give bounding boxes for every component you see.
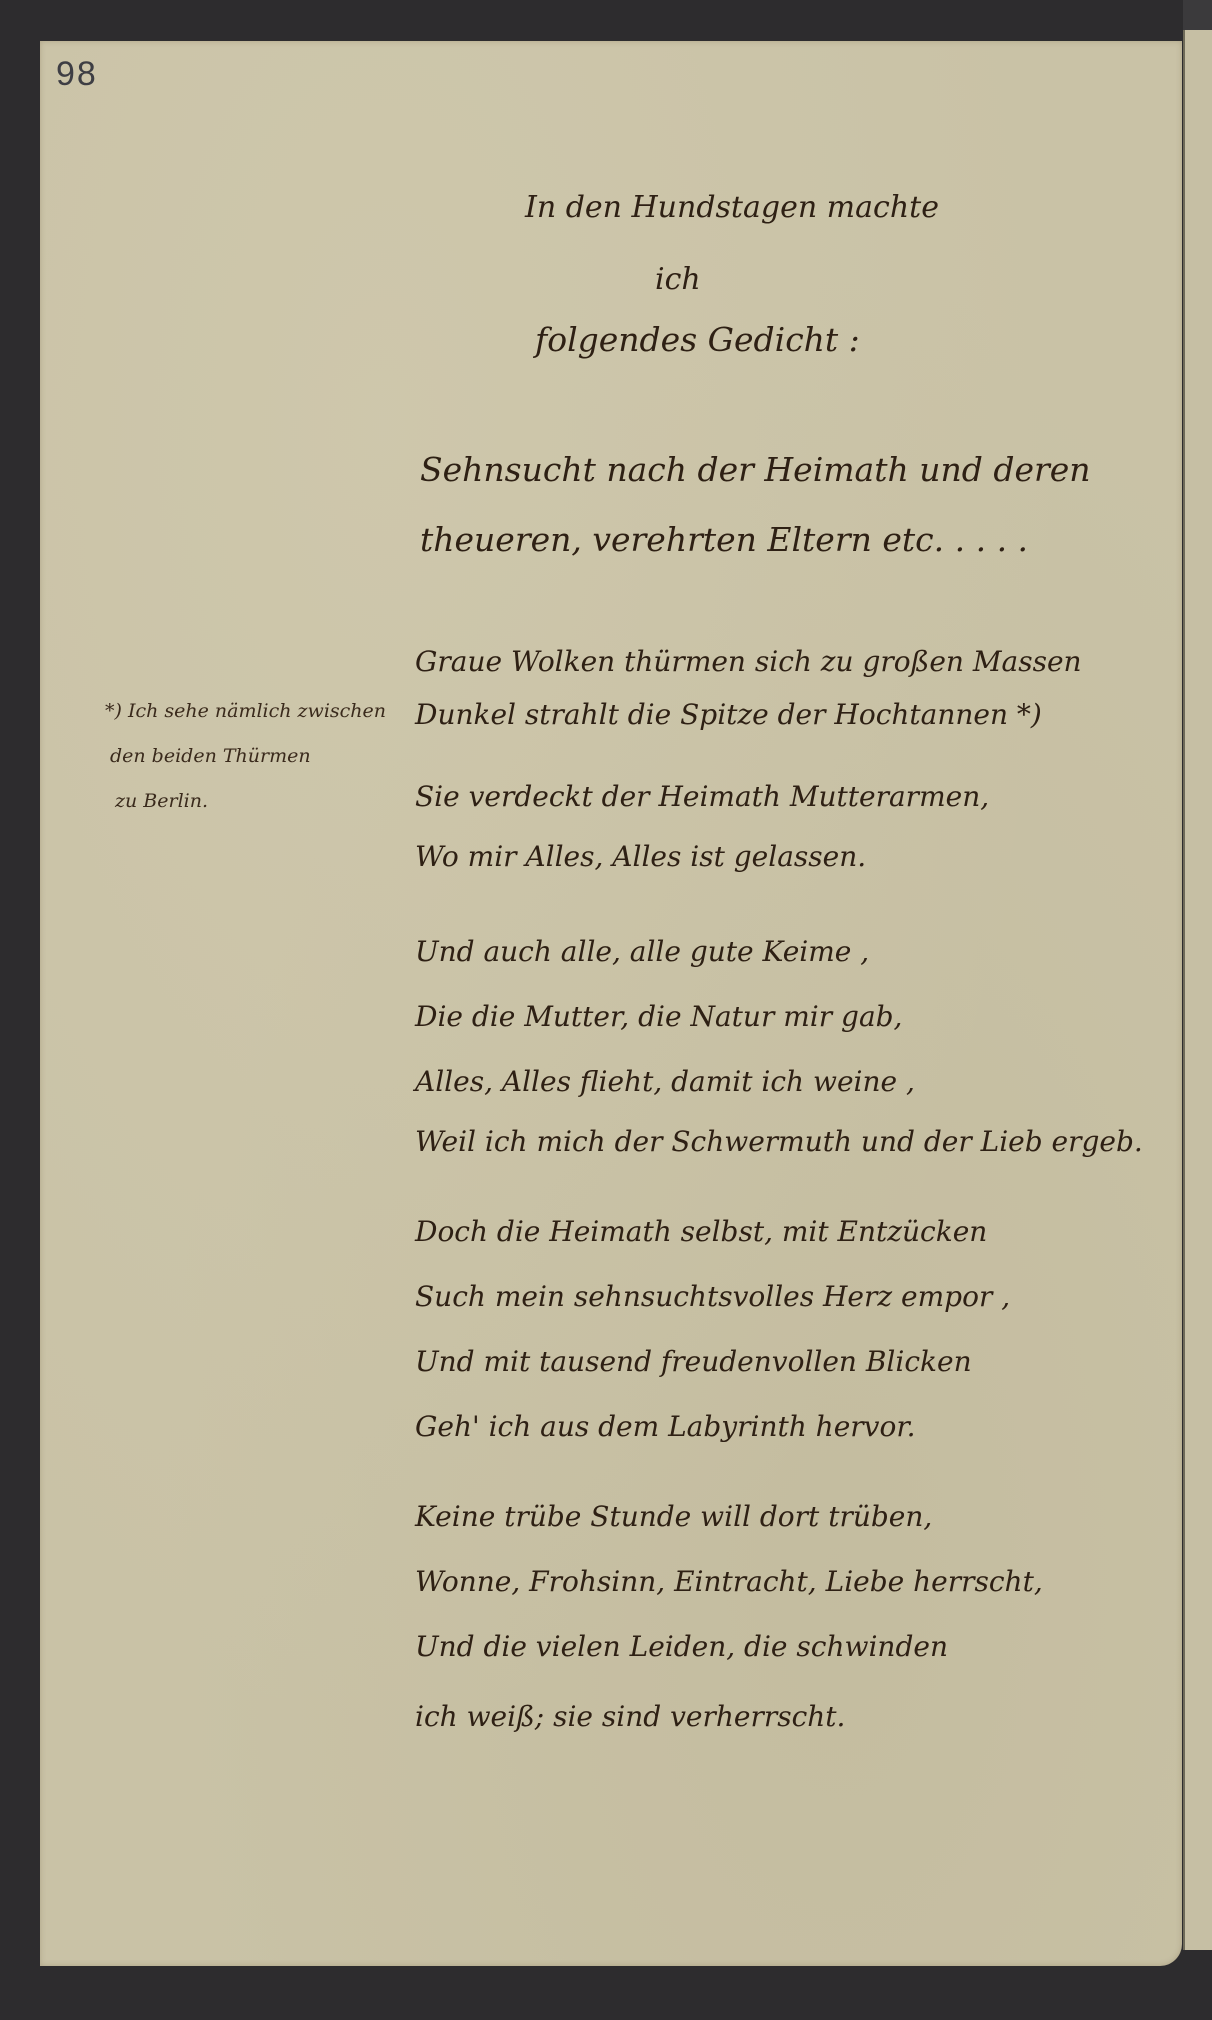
poem-title-line-1: Sehnsucht nach der Heimath und deren <box>420 450 1091 489</box>
verse-line: Such mein sehnsuchtsvolles Herz empor , <box>415 1280 1010 1313</box>
verse-line: Die die Mutter, die Natur mir gab, <box>415 1000 902 1033</box>
verse-line: Dunkel strahlt die Spitze der Hochtannen… <box>415 698 1042 731</box>
margin-note-line: den beiden Thürmen <box>110 745 311 767</box>
verse-line: Geh' ich aus dem Labyrinth hervor. <box>415 1410 916 1443</box>
verse-line: ich weiß; sie sind verherrscht. <box>415 1700 845 1733</box>
verse-line: Und mit tausend freudenvollen Blicken <box>415 1345 972 1378</box>
manuscript-scan: 98 In den Hundstagen machte ich folgende… <box>0 0 1212 2020</box>
verse-line: Keine trübe Stunde will dort trüben, <box>415 1500 932 1533</box>
heading-line-1: In den Hundstagen machte <box>525 190 939 225</box>
folio-number: 98 <box>56 55 98 94</box>
verse-line: Wo mir Alles, Alles ist gelassen. <box>415 840 866 873</box>
poem-title-line-2: theueren, verehrten Eltern etc. . . . . <box>420 520 1028 559</box>
verse-line: Graue Wolken thürmen sich zu großen Mass… <box>415 645 1082 678</box>
verse-line: Alles, Alles flieht, damit ich weine , <box>415 1065 915 1098</box>
next-page-shadow <box>1183 0 1212 30</box>
next-page-edge <box>1183 30 1212 1950</box>
heading-line-2: ich <box>655 262 701 297</box>
verse-line: Weil ich mich der Schwermuth und der Lie… <box>415 1125 1143 1158</box>
margin-note-line: *) Ich sehe nämlich zwischen <box>105 700 386 722</box>
verse-line: Sie verdeckt der Heimath Mutterarmen, <box>415 780 989 813</box>
verse-line: Doch die Heimath selbst, mit Entzücken <box>415 1215 987 1248</box>
verse-line: Und die vielen Leiden, die schwinden <box>415 1630 948 1663</box>
margin-note-line: zu Berlin. <box>115 790 208 812</box>
verse-line: Und auch alle, alle gute Keime , <box>415 935 869 968</box>
heading-line-3: folgendes Gedicht : <box>535 320 860 359</box>
verse-line: Wonne, Frohsinn, Eintracht, Liebe herrsc… <box>415 1565 1043 1598</box>
